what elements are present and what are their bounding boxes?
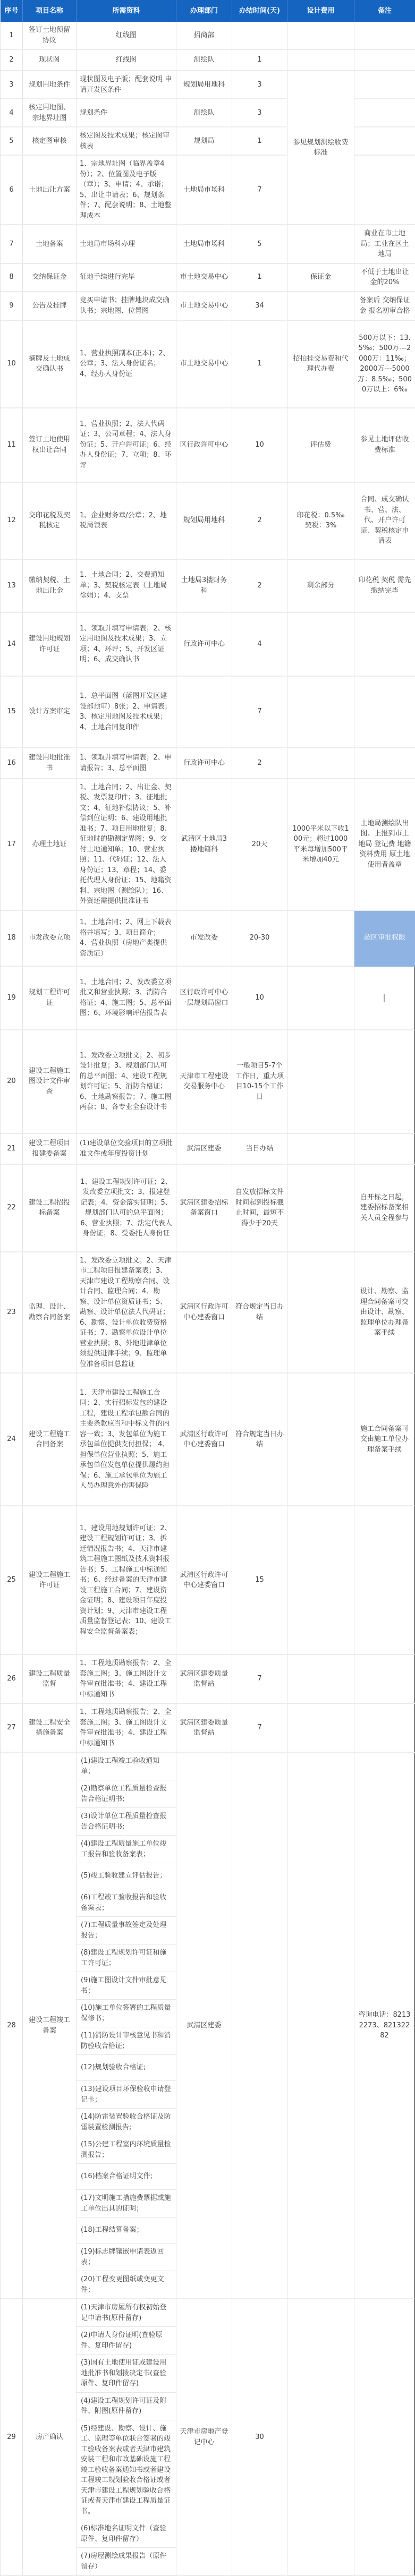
row-13-no-cell: 13 bbox=[1, 560, 23, 613]
material-item: (19)标志牌镶嵌申请表返回表； bbox=[77, 2244, 176, 2271]
row-26-time-cell: 7 bbox=[232, 1655, 287, 1704]
row-21-dept-cell: 武清区建委 bbox=[176, 1134, 232, 1165]
row-18-fee-cell bbox=[287, 911, 354, 967]
row-19-time-cell: 10 bbox=[232, 967, 287, 1030]
row-23-dept-cell: 武清区行政许可中心建委窗口 bbox=[176, 1252, 232, 1374]
row-11-remark-cell: 参见土地评估收费标准 bbox=[354, 408, 415, 483]
row-22-name-cell: 建设工程招投标备案 bbox=[23, 1165, 77, 1252]
row-8-name-cell: 交纳保证金 bbox=[23, 264, 77, 292]
row-10-time-cell: 1 bbox=[232, 321, 287, 408]
row-10-name-cell: 摘牌及土地成交确认书 bbox=[23, 321, 77, 408]
row-14-materials-cell: 1、领取并填写申请表；2、核定用地图及技术成果；3、立项；4、环评；5、开发区证… bbox=[77, 613, 176, 677]
row-17-fee-cell: 1000平米以下收100元；超过1000平米每增加500平米增加40元 bbox=[287, 779, 354, 911]
row-15-no-cell: 15 bbox=[1, 677, 23, 748]
material-item: (17)文明施工措施费票据或施工单位出具的证明； bbox=[77, 2190, 176, 2217]
row-12-time-cell: 2 bbox=[232, 483, 287, 560]
row-11-name-cell: 签订土地使用权出让合同 bbox=[23, 408, 77, 483]
row-23-time-cell: 符合规定当日办结 bbox=[232, 1252, 287, 1374]
row-12-name-cell: 交印花税及契税核定 bbox=[23, 483, 77, 560]
row-25-name-cell: 建设工程施工许可证 bbox=[23, 1506, 77, 1655]
row-26-remark-cell bbox=[354, 1655, 415, 1704]
material-item: (15)公建工程室内环境质量检测报告； bbox=[77, 2136, 176, 2164]
row-27-no-cell: 27 bbox=[1, 1704, 23, 1753]
row-21-time-cell: 当日办结 bbox=[232, 1134, 287, 1165]
row-18-remark-cell: 超区审批权限 bbox=[354, 911, 415, 967]
row-3-no-cell: 3 bbox=[1, 71, 23, 99]
row-29-time-cell: 30 bbox=[232, 2299, 287, 2576]
row-26-dept-cell: 武清区建委质量监督站 bbox=[176, 1655, 232, 1704]
row-28-name-cell: 建设工程竣工备案 bbox=[23, 1753, 77, 2299]
row-1-remark-cell bbox=[354, 22, 415, 50]
row-12-fee-cell: 印花税：0.5‰ 契税：3% bbox=[287, 483, 354, 560]
row-7-materials-cell: 土地局市场科办理 bbox=[77, 225, 176, 264]
material-item: (5)竣工验收建立评估报告； bbox=[77, 1863, 176, 1889]
row-29-no-cell: 29 bbox=[1, 2299, 23, 2576]
row-9-time-cell: 34 bbox=[232, 292, 287, 321]
material-item: (18)工程结算备案； bbox=[77, 2217, 176, 2244]
row-6-name-cell: 土地出让方案 bbox=[23, 156, 77, 225]
material-item: (6)工程竣工验收报告和验收备案表； bbox=[77, 1889, 176, 1917]
row-28-fee-cell bbox=[287, 1753, 354, 2299]
row-9-dept-cell: 市土地交易中心 bbox=[176, 292, 232, 321]
row-29-remark-cell bbox=[354, 2299, 415, 2576]
row-7-dept-cell: 土地局市场科 bbox=[176, 225, 232, 264]
row-16-name-cell: 建设用地批准书 bbox=[23, 748, 77, 779]
row-2-name-cell: 现状图 bbox=[23, 50, 77, 71]
row-29-fee-cell bbox=[287, 2299, 354, 2576]
material-item: (7)工程质量事故签定及处理报告； bbox=[77, 1917, 176, 1944]
row-3-remark-cell bbox=[354, 71, 415, 99]
row-6-remark-cell bbox=[354, 156, 415, 225]
row-28-materials-cell: (1)建设工程竣工验收通知单；(2)勘察单位工程质量检查报告合格证明书;(3)设… bbox=[77, 1753, 176, 2299]
row-5-name-cell: 核定图审核 bbox=[23, 127, 77, 156]
material-item: (16)档案合格证明文件; bbox=[77, 2164, 176, 2190]
row-14-name-cell: 建设用地规划许可证 bbox=[23, 613, 77, 677]
row-19-no-cell: 19 bbox=[1, 967, 23, 1030]
row-3-dept-cell: 规划局用地科 bbox=[176, 71, 232, 99]
row-1-dept-cell: 招商部 bbox=[176, 22, 232, 50]
row-4-no-cell: 4 bbox=[1, 99, 23, 127]
row-5-remark-cell bbox=[354, 127, 415, 156]
material-item: (4)建设工程规划许可证及附件、附图(原件留存) bbox=[77, 2393, 176, 2420]
material-item: (7)房屋测绘成果报告（原件留存） bbox=[77, 2548, 176, 2575]
row-11-dept-cell: 区行政许可中心 bbox=[176, 408, 232, 483]
row-27-time-cell: 7 bbox=[232, 1704, 287, 1753]
row-24-remark-cell: 施工合同备案可交由施工单位办理备案手续 bbox=[354, 1374, 415, 1506]
row-14-remark-cell bbox=[354, 613, 415, 677]
row-17-name-cell: 办理土地证 bbox=[23, 779, 77, 911]
row-20-remark-cell bbox=[354, 1030, 415, 1134]
row-12-dept-cell: 规划局用地科 bbox=[176, 483, 232, 560]
row-2-fee-cell bbox=[287, 50, 354, 71]
row-15-fee-cell bbox=[287, 677, 354, 748]
material-item: (14)防雷装置验收合格证及防雷装置检测报告; bbox=[77, 2109, 176, 2136]
row-12-remark-cell: 合同、成交确认书、营、法、代、开户许可证、契税核定申请表 bbox=[354, 483, 415, 560]
row-23-fee-cell bbox=[287, 1252, 354, 1374]
row-7-name-cell: 土地备案 bbox=[23, 225, 77, 264]
row-18-no-cell: 18 bbox=[1, 911, 23, 967]
row-24-time-cell: 符合规定当日办结 bbox=[232, 1374, 287, 1506]
material-item: (5)经建设、勘察、设计、施工、监理等单位联合签署的竣工验收备案表或者天津市建筑… bbox=[77, 2420, 176, 2521]
row-24-materials-cell: 1、天津市建设工程施工合同；2、实行招标发包的建设工程，建设工程承包额合同的主要… bbox=[77, 1374, 176, 1506]
row-5-dept-cell: 规划局 bbox=[176, 127, 232, 156]
row-4-dept-cell: 测绘队 bbox=[176, 99, 232, 127]
row-1-fee-cell bbox=[287, 22, 354, 50]
row-5-materials-cell: 核定图及技术成果；核定图审核表 bbox=[77, 127, 176, 156]
row-26-fee-cell bbox=[287, 1655, 354, 1704]
row-20-time-cell: 一般项目5-7个工作日，重大项目10-15个工作日 bbox=[232, 1030, 287, 1134]
row-6-dept-cell: 土地局市场科 bbox=[176, 156, 232, 225]
row-16-dept-cell: 行政许可中心 bbox=[176, 748, 232, 779]
row-26-materials-cell: 1、工程地质勘察报告；2、全套施工图；3、施工图设计文件审查批准书；4、建设工程… bbox=[77, 1655, 176, 1704]
row-17-materials-cell: 1、土地合同；2、出让金、契税、发票复印件；3、征地批文；4、征地补偿协议；5、… bbox=[77, 779, 176, 911]
material-item: (4)建设工程质量施工单位竣工报告和验收备案表； bbox=[77, 1836, 176, 1863]
row-22-no-cell: 22 bbox=[1, 1165, 23, 1252]
material-item: (6)标准地名证明文件（查验原件、复印件留存） bbox=[77, 2520, 176, 2548]
row-8-time-cell: 1 bbox=[232, 264, 287, 292]
row-17-no-cell: 17 bbox=[1, 779, 23, 911]
row-15-time-cell: 7 bbox=[232, 677, 287, 748]
row-20-materials-cell: 1、发改委立项批文；2、初步设计批复；3、规划部门认可的总平面图；4、建设工程规… bbox=[77, 1030, 176, 1134]
row-10-remark-cell: 500万以下：13.5‰；500万---2000万：11‰；2000万---50… bbox=[354, 321, 415, 408]
row-8-remark-cell: 不低于土地出让金的20% bbox=[354, 264, 415, 292]
row-19-materials-cell: 1、土地合同；2、发改委立项批文和营业执照；3、消防合格证；4、施工图；5、总平… bbox=[77, 967, 176, 1030]
row-11-no-cell: 11 bbox=[1, 408, 23, 483]
row-23-name-cell: 监理、设计、勘察合同备案 bbox=[23, 1252, 77, 1374]
row-26-name-cell: 建设工程质量监督 bbox=[23, 1655, 77, 1704]
row-13-remark-cell: 印花税 契税 需先缴纳完毕 bbox=[354, 560, 415, 613]
row-13-fee-cell: 剩余部分 bbox=[287, 560, 354, 613]
row-20-dept-cell: 天津市工程建设交易服务中心 bbox=[176, 1030, 232, 1134]
material-item: (3)设计单位工程质量检查报告合格证明书; bbox=[77, 1808, 176, 1836]
material-item: (8)建设工程规划许可证和施工许可证； bbox=[77, 1944, 176, 1972]
row-1-time-cell bbox=[232, 22, 287, 50]
row-22-dept-cell: 武清区建委招标备案窗口 bbox=[176, 1165, 232, 1252]
column-header-dept: 办理部门 bbox=[176, 0, 232, 22]
row-11-time-cell: 10 bbox=[232, 408, 287, 483]
row-13-dept-cell: 土地局3搂财务科 bbox=[176, 560, 232, 613]
row-14-time-cell: 4 bbox=[232, 613, 287, 677]
row-26-no-cell: 26 bbox=[1, 1655, 23, 1704]
row-18-materials-cell: 1、土地合同；2、网上下载表格并填写；3、项目简介； 4、营业执照（房地产类提供… bbox=[77, 911, 176, 967]
row-2-no-cell: 2 bbox=[1, 50, 23, 71]
row-3-name-cell: 规划用地条件 bbox=[23, 71, 77, 99]
column-header-time: 办结时间(天) bbox=[232, 0, 287, 22]
row-9-name-cell: 公告及挂牌 bbox=[23, 292, 77, 321]
material-item: (1)建设工程竣工验收通知单； bbox=[77, 1753, 176, 1780]
material-item: (1)天津市房屋所有权初始登记申请书(原件留存) bbox=[77, 2299, 176, 2327]
row-6-no-cell: 6 bbox=[1, 156, 23, 225]
row-25-dept-cell: 武清区行政许可中心建委窗口 bbox=[176, 1506, 232, 1655]
row-24-fee-cell bbox=[287, 1374, 354, 1506]
row-19-name-cell: 规划工程许可证 bbox=[23, 967, 77, 1030]
row-16-materials-cell: 1、领取并填写申请表；2、申请报告；3、总平面图 bbox=[77, 748, 176, 779]
row-27-remark-cell bbox=[354, 1704, 415, 1753]
row-21-name-cell: 建设工程项目报建委备案 bbox=[23, 1134, 77, 1165]
row-28-dept-cell: 武清区建委 bbox=[176, 1753, 232, 2299]
material-item: (2)勘察单位工程质量检查报告合格证明书; bbox=[77, 1780, 176, 1808]
row-21-materials-cell: (1)建设单位交验项目的立项批准文件或年度投资计划 bbox=[77, 1134, 176, 1165]
row-27-materials-cell: 1、工程地质勘察报告；2、全套施工图；3、施工图设计文件审查批准书；4、建设工程… bbox=[77, 1704, 176, 1753]
row-12-no-cell: 12 bbox=[1, 483, 23, 560]
row-19-dept-cell: 区行政许可中心一层规划局窗口 bbox=[176, 967, 232, 1030]
row-13-time-cell: 2 bbox=[232, 560, 287, 613]
row-27-dept-cell: 武清区建委质量监督站 bbox=[176, 1704, 232, 1753]
row-18-time-cell: 20-30 bbox=[232, 911, 287, 967]
row-17-dept-cell: 武清区土地局3搂地籍科 bbox=[176, 779, 232, 911]
row-4-materials-cell: 规划条件 bbox=[77, 99, 176, 127]
row-12-materials-cell: 1、企业财务章/公章；2、地税局领表 bbox=[77, 483, 176, 560]
row-10-fee-cell: 招拍挂交易费和代理代办费 bbox=[287, 321, 354, 408]
row-29-name-cell: 房产确认 bbox=[23, 2299, 77, 2576]
row-18-dept-cell: 市发改委 bbox=[176, 911, 232, 967]
row-4-remark-cell bbox=[354, 99, 415, 127]
row-27-name-cell: 建设工程安全措施备案 bbox=[23, 1704, 77, 1753]
row-20-fee-cell bbox=[287, 1030, 354, 1134]
row-21-fee-cell bbox=[287, 1134, 354, 1165]
row-2-materials-cell: 红线图 bbox=[77, 50, 176, 71]
row-29-materials-cell: (1)天津市房屋所有权初始登记申请书(原件留存)(2)申请人身份证明(查验原件、… bbox=[77, 2299, 176, 2576]
column-header-name: 项目名称 bbox=[23, 0, 77, 22]
row-15-materials-cell: 1、总平面图（蓝图开发区建设部预审）8张；2、申请表； 3、核定用地图及技术成果… bbox=[77, 677, 176, 748]
material-item: (3)国有土地使用证或建设用地批准书和划拨决定书(查验原件、复印件留存) bbox=[77, 2355, 176, 2393]
row-2-dept-cell: 测绘队 bbox=[176, 50, 232, 71]
row-13-materials-cell: 1、土地合同；2、交费通知单；3、契税核定表（土地局 徐娟）；4、支票 bbox=[77, 560, 176, 613]
row-4-time-cell: 3 bbox=[232, 99, 287, 127]
row-20-name-cell: 建设工程施工图设计文件审查 bbox=[23, 1030, 77, 1134]
row-2-time-cell: 1 bbox=[232, 50, 287, 71]
row-3-fee-cell: 参见规划测绘收费标准 bbox=[287, 71, 354, 225]
row-7-remark-cell: 商业在市土地局；工业在区土地局 bbox=[354, 225, 415, 264]
row-1-name-cell: 签订土地预留协议 bbox=[23, 22, 77, 50]
row-16-no-cell: 16 bbox=[1, 748, 23, 779]
row-25-no-cell: 25 bbox=[1, 1506, 23, 1655]
row-22-fee-cell bbox=[287, 1165, 354, 1252]
row-9-remark-cell: 备案后 交纳保证金 报名初审合格 bbox=[354, 292, 415, 321]
material-item: (12)规划验收合格证; bbox=[77, 2055, 176, 2081]
selection-cursor-bar bbox=[384, 994, 385, 1002]
row-8-dept-cell: 市土地交易中心 bbox=[176, 264, 232, 292]
row-11-materials-cell: 1、营业执照；2、法人代码证；3、公司章程；4、法人身份证；5、开户许可证；6、… bbox=[77, 408, 176, 483]
row-1-materials-cell: 红线图 bbox=[77, 22, 176, 50]
row-21-no-cell: 21 bbox=[1, 1134, 23, 1165]
row-10-no-cell: 10 bbox=[1, 321, 23, 408]
row-20-no-cell: 20 bbox=[1, 1030, 23, 1134]
row-7-time-cell: 5 bbox=[232, 225, 287, 264]
row-8-no-cell: 8 bbox=[1, 264, 23, 292]
material-item: (20)工程变更图纸或变更文件； bbox=[77, 2271, 176, 2298]
row-28-no-cell: 28 bbox=[1, 1753, 23, 2299]
row-7-fee-cell bbox=[287, 225, 354, 264]
row-6-time-cell: 7 bbox=[232, 156, 287, 225]
row-3-time-cell: 3 bbox=[232, 71, 287, 99]
row-16-fee-cell bbox=[287, 748, 354, 779]
row-25-time-cell: 15 bbox=[232, 1506, 287, 1655]
row-5-time-cell: 1 bbox=[232, 127, 287, 156]
row-25-materials-cell: 1、建设用地规划许可证；2、建设工程规划许可证；3、拆迁情况报告书；4、天津市建… bbox=[77, 1506, 176, 1655]
row-9-no-cell: 9 bbox=[1, 292, 23, 321]
column-header-materials: 所需资料 bbox=[77, 0, 176, 22]
row-11-fee-cell: 评估费 bbox=[287, 408, 354, 483]
row-24-dept-cell: 武清区行政许可中心建委窗口 bbox=[176, 1374, 232, 1506]
row-19-fee-cell bbox=[287, 967, 354, 1030]
row-17-time-cell: 20天 bbox=[232, 779, 287, 911]
row-4-name-cell: 核定用地图、宗地界址图 bbox=[23, 99, 77, 127]
row-24-no-cell: 24 bbox=[1, 1374, 23, 1506]
row-17-remark-cell: 土地局测绘队出图、上报到市土地局 登记费 地籍资料费用 原土地使用者盖章 bbox=[354, 779, 415, 911]
row-28-time-cell bbox=[232, 1753, 287, 2299]
row-28-remark-cell: 咨询电话：82132273、82132282 bbox=[354, 1753, 415, 2299]
row-22-remark-cell: 自开标之日起，建委招标备案相关人员全程参与 bbox=[354, 1165, 415, 1252]
row-10-materials-cell: 1、营业执照副本(正本)；2、公章；3、法人身份证名； 4、经办人身份证 bbox=[77, 321, 176, 408]
row-6-materials-cell: 1、宗地界址图（临界盖章4份）；2、位置图及电子版（章）；3、申请；4、承诺；5… bbox=[77, 156, 176, 225]
row-18-name-cell: 市发改委立项 bbox=[23, 911, 77, 967]
row-27-fee-cell bbox=[287, 1704, 354, 1753]
row-25-remark-cell bbox=[354, 1506, 415, 1655]
row-8-materials-cell: 征地手续进行完毕 bbox=[77, 264, 176, 292]
row-23-no-cell: 23 bbox=[1, 1252, 23, 1374]
row-22-materials-cell: 1、建设工程规划许可证；2、发改委立项批文；3、报建登记表；4、资金落实证明；5… bbox=[77, 1165, 176, 1252]
row-10-dept-cell: 市土地交易中心 bbox=[176, 321, 232, 408]
approval-process-table: 序号项目名称所需资料办理部门办结时间(天)设计费用备注1签订土地预留协议红线图招… bbox=[0, 0, 415, 2576]
row-15-remark-cell bbox=[354, 677, 415, 748]
material-item: (11)消防设计审核意见书和消防验收合格证; bbox=[77, 2027, 176, 2055]
row-25-fee-cell bbox=[287, 1506, 354, 1655]
row-23-remark-cell: 设计、勘察、监理合同备案可交由设计、勘察、监理单位办理备案手续 bbox=[354, 1252, 415, 1374]
row-19-remark-cell bbox=[354, 967, 415, 1030]
column-header-remark: 备注 bbox=[354, 0, 415, 22]
material-item: (13)建设项目环保验收申请登记卡； bbox=[77, 2081, 176, 2109]
row-16-remark-cell bbox=[354, 748, 415, 779]
row-29-dept-cell: 天津市房地产登记中心 bbox=[176, 2299, 232, 2576]
material-item: (9)施工图设计文件审批意见书； bbox=[77, 1972, 176, 2000]
row-13-name-cell: 缴纳契税、土地出让金 bbox=[23, 560, 77, 613]
row-3-materials-cell: 现状图及电子版；配套说明 申请开发区条件 bbox=[77, 71, 176, 99]
row-15-name-cell: 设计方案审定 bbox=[23, 677, 77, 748]
column-header-fee: 设计费用 bbox=[287, 0, 354, 22]
row-21-remark-cell bbox=[354, 1134, 415, 1165]
column-header-no: 序号 bbox=[1, 0, 23, 22]
row-8-fee-cell: 保证金 bbox=[287, 264, 354, 292]
row-7-no-cell: 7 bbox=[1, 225, 23, 264]
row-14-no-cell: 14 bbox=[1, 613, 23, 677]
row-14-dept-cell: 行政许可中心 bbox=[176, 613, 232, 677]
row-1-no-cell: 1 bbox=[1, 22, 23, 50]
row-16-time-cell: 2 bbox=[232, 748, 287, 779]
material-item: (10)施工单位签署的工程质量保修书； bbox=[77, 2000, 176, 2027]
material-item: (2)申请人身份证明(查验原件、复印件留存) bbox=[77, 2327, 176, 2355]
row-23-materials-cell: 1、发改委立项批文；2、天津市工程项目报建备案表；3、天津市建设工程勘察合同、设… bbox=[77, 1252, 176, 1374]
row-24-name-cell: 建设工程施工合同备案 bbox=[23, 1374, 77, 1506]
row-9-materials-cell: 竞买申请书；挂牌地块成交确认书；宗地图、位置图 bbox=[77, 292, 176, 321]
row-5-no-cell: 5 bbox=[1, 127, 23, 156]
row-9-fee-cell bbox=[287, 292, 354, 321]
row-14-fee-cell bbox=[287, 613, 354, 677]
row-22-time-cell: 自发放招标文件时间起到投标截止时间，最短不得少于20天 bbox=[232, 1165, 287, 1252]
row-2-remark-cell bbox=[354, 50, 415, 71]
row-15-dept-cell bbox=[176, 677, 232, 748]
